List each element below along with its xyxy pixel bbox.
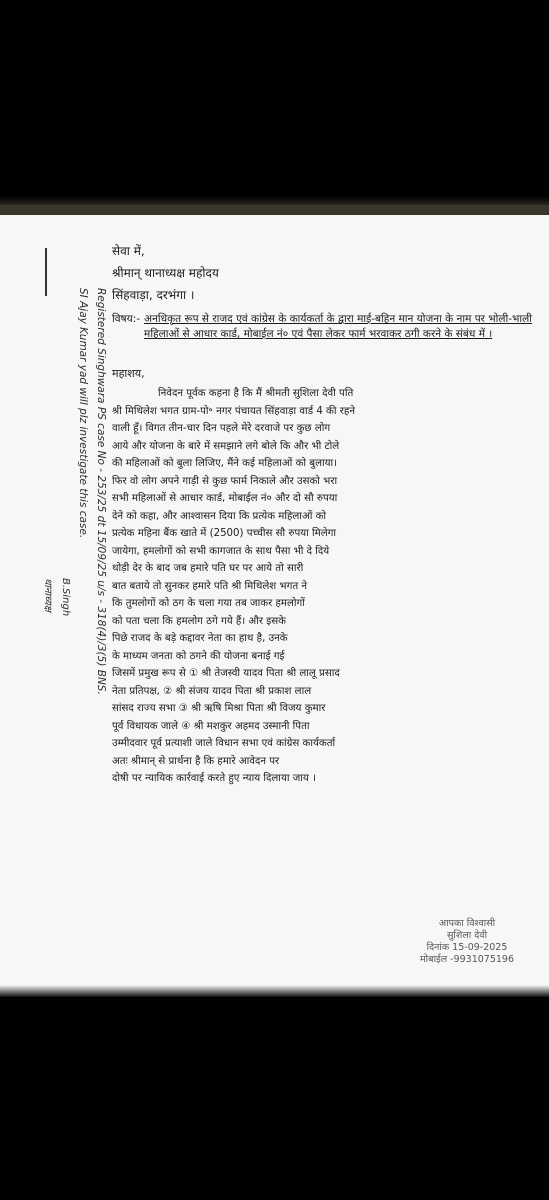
letter-date: दिनांक 15-09-2025 (420, 942, 514, 954)
body-line: देने को कहा, और आश्वासन दिया कि प्रत्येक… (112, 508, 549, 526)
body-line: पिछे राजद के बड़े कद्दावर नेता का हाथ है… (112, 630, 549, 648)
body-line: श्री मिथिलेश भगत ग्राम-पो॰ नगर पंचायत सि… (112, 403, 549, 421)
recipient: श्रीमान् थानाध्यक्ष महोदय (112, 262, 549, 284)
letter-content: सेवा में, श्रीमान् थानाध्यक्ष महोदय सिंह… (112, 240, 549, 788)
body-line: दोषी पर न्यायिक कार्रवाई करते हुए न्याय … (112, 770, 549, 788)
margin-note-line-2: SI Ajay Kumar yad will plz investigate t… (74, 288, 92, 938)
recipient-location: सिंहवाड़ा, दरभंगा । (112, 284, 549, 306)
body-line: कि तुमलोगों को ठग के चला गया तब जाकर हमल… (112, 595, 549, 613)
body-line: थोड़ी देर के बाद जब हमारे पति घर पर आये … (112, 560, 549, 578)
body-line: उम्मीदवार पूर्व प्रत्याशी जाले विधान सभा… (112, 735, 549, 753)
letter-closing: आपका विश्वासी सुशिला देवी दिनांक 15-09-2… (420, 918, 514, 966)
subject-text: अनधिकृत रूप से राजद एवं कांग्रेस के कार्… (144, 312, 549, 342)
body-line: प्रत्येक महिना बैंक खाते में (2500) पच्च… (112, 525, 549, 543)
subject-label: विषय:- (112, 312, 140, 342)
margin-note-sign-title: थानाध्यक्ष (38, 578, 56, 938)
sign-off: आपका विश्वासी (420, 918, 514, 930)
body-line: पूर्व विधायक जाले ④ श्री मशकुर अहमद उस्म… (112, 718, 549, 736)
police-margin-note: Registered Singhwara PS case No - 253/25… (38, 288, 110, 938)
body-line: जिसमें प्रमुख रूप से ① श्री तेजस्वी यादव… (112, 665, 549, 683)
margin-note-signature: B.Singh (56, 578, 74, 938)
body-line: सभी महिलाओं से आधार कार्ड, मोबाईल नं० और… (112, 490, 549, 508)
address-to: सेवा में, (112, 240, 549, 262)
body-line: निवेदन पूर्वक कहना है कि मैं श्रीमती सुश… (112, 385, 549, 403)
margin-note-line-1: Registered Singhwara PS case No - 253/25… (92, 288, 110, 938)
paper-bottom-edge (0, 985, 549, 997)
sender-name: सुशिला देवी (420, 930, 514, 942)
body-line: नेता प्रतिपक्ष, ② श्री संजय यादव पिता श्… (112, 683, 549, 701)
body-line: फिर वो लोग अपने गाड़ी से कुछ फार्म निकाल… (112, 473, 549, 491)
greeting: महाशय, (112, 364, 549, 383)
subject-block: विषय:- अनधिकृत रूप से राजद एवं कांग्रेस … (112, 312, 549, 342)
body-line: आये और योजना के बारे में समझाने लगे बोले… (112, 438, 549, 456)
body-line: अतः श्रीमान् से प्रार्थना है कि हमारे आव… (112, 753, 549, 771)
body-line: को पता चला कि हमलोग ठगे गये हैं। और इसके (112, 613, 549, 631)
body-line: के माध्यम जनता को ठगने की योजना बनाई गई (112, 648, 549, 666)
body-line: वाली हूँ। विगत तीन-चार दिन पहले मेरे दरव… (112, 420, 549, 438)
body-line: सांसद राज्य सभा ③ श्री ऋषि मिश्रा पिता श… (112, 700, 549, 718)
letter-body: निवेदन पूर्वक कहना है कि मैं श्रीमती सुश… (112, 385, 549, 788)
body-line: की महिलाओं को बुला लिजिए, मैंने कई महिला… (112, 455, 549, 473)
body-line: जायेगा, हमलोगों को सभी कागजात के साथ पैस… (112, 543, 549, 561)
sender-mobile: मोबाईल -9931075196 (420, 954, 514, 966)
body-line: बात बताये तो सुनकर हमारे पति श्री मिथिले… (112, 578, 549, 596)
